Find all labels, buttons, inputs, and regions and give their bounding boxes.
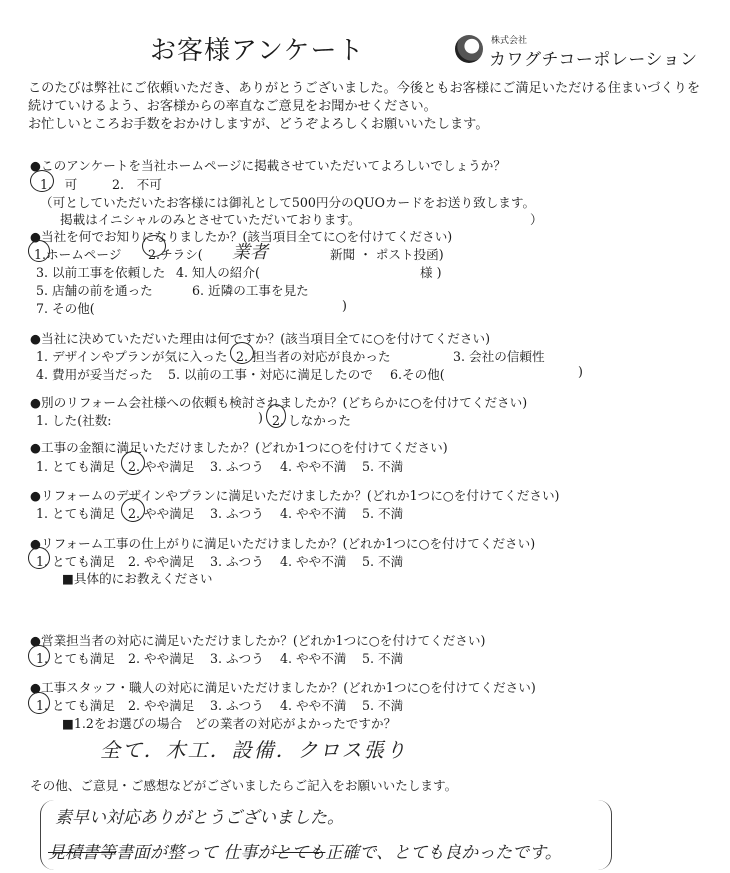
q5-option-3[interactable]: 3. ふつう [210, 456, 264, 475]
q7-sub-answer[interactable] [80, 588, 580, 618]
comments-prompt: その他、ご意見・ご感想などがございましたらご記入をお願いいたします。 [30, 775, 457, 794]
q2-option-2-extra: 新聞 ・ ポスト投函) [330, 244, 444, 263]
q8-option-3[interactable]: 3. ふつう [210, 648, 264, 667]
q8-option-5[interactable]: 5. 不満 [362, 648, 403, 667]
q7-option-4[interactable]: 4. やや不満 [280, 551, 346, 570]
page-title: お客様アンケート [150, 30, 364, 67]
q5-option-1[interactable]: 1. とても満足 [36, 456, 115, 475]
selection-circle [28, 547, 50, 569]
q7-sub-prompt: ■具体的にお教えください [62, 568, 212, 587]
q9-option-5[interactable]: 5. 不満 [362, 695, 403, 714]
q2-handwritten-flyer: 業者 [232, 238, 268, 264]
q7-option-5[interactable]: 5. 不満 [362, 551, 403, 570]
q9-option-2[interactable]: 2. やや満足 [128, 695, 194, 714]
q9-option-4[interactable]: 4. やや不満 [280, 695, 346, 714]
q1-option-2[interactable]: 2. 不可 [112, 174, 162, 193]
intro-line-3: お忙しいところお手数をおかけしますが、どうぞよろしくお願いいたします。 [28, 116, 489, 134]
comments-line-1: 素早い対応ありがとうございました。 [55, 803, 344, 828]
comments-line-2: 見積書等書面が整って 仕事がとても正確で、とても良かったです。 [48, 838, 562, 863]
q2-option-6[interactable]: 6. 近隣の工事を見た [192, 280, 309, 299]
q4-option-1[interactable]: 1. した(社数: [36, 410, 112, 429]
q7-option-3[interactable]: 3. ふつう [210, 551, 264, 570]
q9-sub-answer[interactable]: 全て．木工．設備．クロス張り [100, 734, 408, 763]
q3-option-3[interactable]: 3. 会社の信頼性 [453, 346, 545, 365]
comments-text-c: 正確で、とても良かったです。 [325, 843, 561, 863]
q6-option-3[interactable]: 3. ふつう [210, 503, 264, 522]
selection-circle [28, 692, 50, 714]
q9-option-3[interactable]: 3. ふつう [210, 695, 264, 714]
comments-struck-text-2: とても [274, 843, 325, 863]
q1-note-close: ） [530, 209, 543, 228]
company-logo-icon [455, 35, 483, 63]
q5-option-4[interactable]: 4. やや不満 [280, 456, 346, 475]
q6-option-4[interactable]: 4. やや不満 [280, 503, 346, 522]
selection-circle [28, 240, 50, 262]
question-q7: ●リフォーム工事の仕上がりに満足いただけましたか？(どれか1つに○を付けてくださ… [30, 533, 535, 552]
q5-option-5[interactable]: 5. 不満 [362, 456, 403, 475]
selection-circle [266, 404, 286, 428]
q3-option-6-close: ) [578, 364, 583, 379]
question-q9: ●工事スタッフ・職人の対応に満足いただけましたか？(どれか1つに○を付けてくださ… [30, 677, 536, 696]
selection-circle [230, 342, 254, 364]
q6-option-1[interactable]: 1. とても満足 [36, 503, 115, 522]
comments-text-b: 仕事が [223, 843, 274, 863]
q2-option-7[interactable]: 7. その他( [36, 298, 95, 317]
intro-line-1: このたびは弊社にご依頼いただき、ありがとうございました。今後ともお客様にご満足い… [28, 80, 700, 98]
q3-option-2[interactable]: 2. 担当者の対応が良かった [236, 346, 391, 365]
question-q5: ●工事の金額に満足いただけましたか？(どれか1つに○を付けてください) [30, 437, 448, 456]
selection-circle [142, 235, 166, 257]
company-logo: 株式会社 カワグチコーポレーション [455, 33, 695, 73]
company-name: カワグチコーポレーション [489, 45, 698, 70]
q2-option-7-close: ) [342, 298, 347, 313]
selection-circle [121, 451, 145, 475]
q3-option-5[interactable]: 5. 以前の工事・対応に満足したので [168, 364, 373, 383]
q3-option-4[interactable]: 4. 費用が妥当だった [36, 364, 153, 383]
intro-line-2: 続けていけるよう、お客様からの率直なご意見をお聞かせください。 [28, 98, 437, 116]
q3-option-6[interactable]: 6.その他( [390, 364, 445, 383]
question-q1: ●このアンケートを当社ホームページに掲載させていただいてよろしいでしょうか？ [30, 155, 506, 174]
comments-text-a: 書面が整って [116, 843, 218, 863]
q8-option-4[interactable]: 4. やや不満 [280, 648, 346, 667]
question-q8: ●営業担当者の対応に満足いただけましたか？(どれか1つに○を付けてください) [30, 630, 485, 649]
comments-struck-text: 見積書等 [48, 843, 116, 863]
q8-option-2[interactable]: 2. やや満足 [128, 648, 194, 667]
q4-option-1-close: ) [258, 410, 263, 425]
q2-option-5[interactable]: 5. 店舗の前を通った [36, 280, 153, 299]
q6-option-5[interactable]: 5. 不満 [362, 503, 403, 522]
q2-option-4[interactable]: 4. 知人の紹介( [176, 262, 260, 281]
q2-option-3[interactable]: 3. 以前工事を依頼した [36, 262, 165, 281]
q9-sub-prompt: ■1.2をお選びの場合 どの業者の対応がよかったですか？ [62, 713, 396, 732]
question-q6: ●リフォームのデザインやプランに満足いただけましたか？(どれか1つに○を付けてく… [30, 485, 559, 504]
selection-circle [30, 170, 54, 192]
selection-circle [121, 498, 145, 522]
question-q3: ●当社に決めていただいた理由は何ですか？(該当項目全てに○を付けてください) [30, 328, 490, 347]
selection-circle [28, 645, 50, 667]
q3-option-1[interactable]: 1. デザインやプランが気に入った [36, 346, 227, 365]
q2-option-4-suffix: 様 ) [420, 262, 442, 281]
